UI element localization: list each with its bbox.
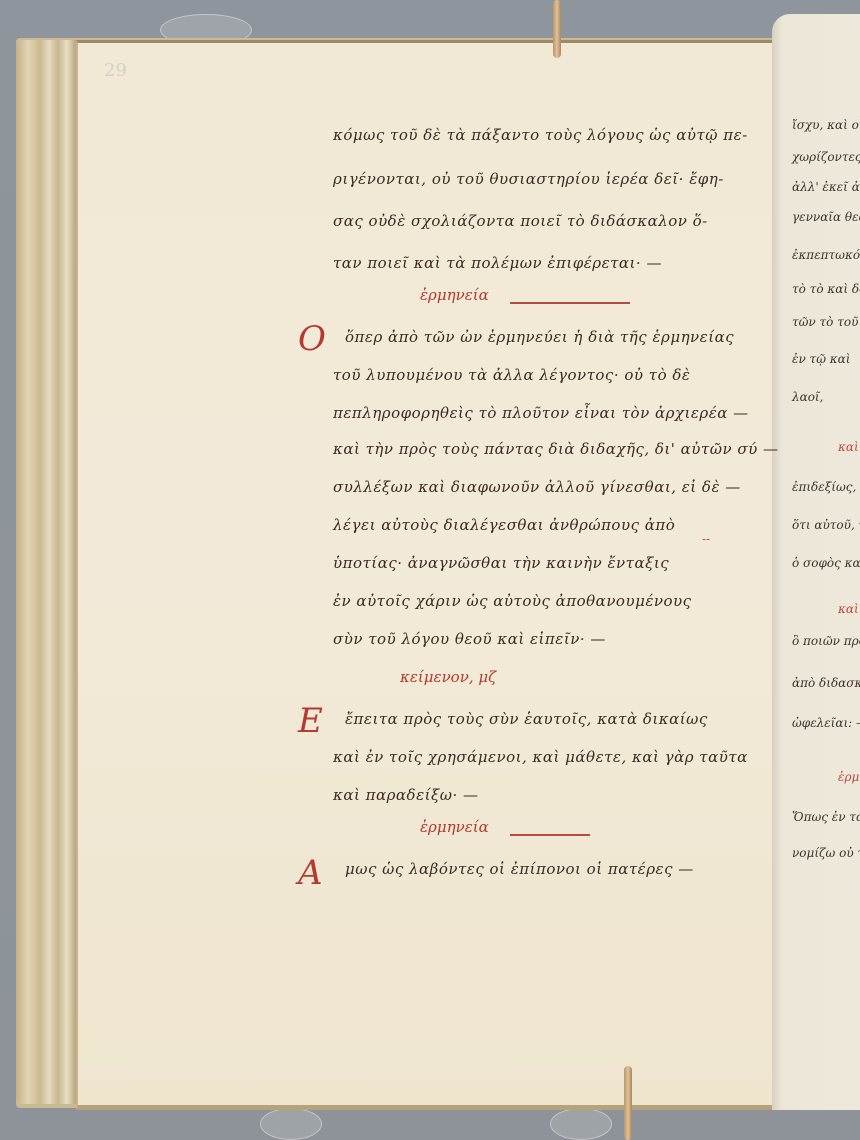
text-line: πεπληροφορηθεὶς τὸ πλοῦτον εἶναι τὸν ἀρχ… [333, 404, 749, 422]
decorated-initial: Ε [298, 704, 323, 738]
margin-marker: -- [702, 532, 710, 546]
right-page-line: ὅτι αὐτοῦ, τ [792, 518, 860, 532]
text-line: λέγει αὐτοὺς διαλέγεσθαι ἀνθρώπους ἀπὸ [333, 516, 675, 534]
text-line: ἐν αὐτοῖς χάριν ὡς αὐτοὺς ἀποθανουμένους [333, 592, 692, 610]
text-line: κόμως τοῦ δὲ τὰ πάξαντο τοὺς λόγους ὡς α… [333, 126, 748, 144]
right-page-line: ἑρμ [838, 770, 859, 784]
right-page-line: ἀπὸ διδασκαλ [792, 676, 860, 690]
section-rubric: ἑρμηνεία [420, 286, 489, 304]
folio-number: 29 [104, 60, 127, 81]
text-line: ταν ποιεῖ καὶ τὰ πολέμων ἐπιφέρεται· — [333, 254, 662, 272]
right-page-line: ἐκπεπτωκότας· [792, 248, 860, 262]
text-line: συλλέξων καὶ διαφωνοῦν ἀλλοῦ γίνεσθαι, ε… [333, 478, 741, 496]
text-line: καὶ τὴν πρὸς τοὺς πάντας διὰ διδαχῆς, δι… [333, 440, 778, 458]
decorated-initial: Ο [298, 322, 326, 356]
text-line: καὶ ἐν τοῖς χρησάμενοι, καὶ μάθετε, καὶ … [333, 748, 748, 766]
right-page-line: καὶ [838, 602, 859, 616]
text-line: σας οὐδὲ σχολιάζοντα ποιεῖ τὸ διδάσκαλον… [333, 212, 708, 230]
right-page-line: χωρίζοντες· κα [792, 150, 860, 164]
decorated-initial: Α [298, 856, 323, 890]
text-line: ἔπειτα πρὸς τοὺς σὺν ἑαυτοῖς, κατὰ δικαί… [345, 710, 708, 728]
right-page-line: γενναῖα θεῶν [792, 210, 860, 224]
page-clip [260, 1108, 322, 1140]
right-page-line: ὠφελεῖαι: — [792, 716, 860, 730]
right-page-line: ἐν τῷ καὶ [792, 352, 850, 366]
text-line: σὺν τοῦ λόγου θεοῦ καὶ εἰπεῖν· — [333, 630, 606, 648]
right-page-line: ὁ σοφὸς καὶ [792, 556, 860, 570]
section-rubric: κείμενον, μζ [400, 668, 496, 686]
right-page-line: ἴσχυ, καὶ οἴδα [792, 118, 860, 132]
right-page-line: Ὅπως ἐν ταῖς [792, 810, 860, 824]
text-line: μως ὡς λαβόντες οἱ ἐπίπονοι οἱ πατέρες — [345, 860, 694, 878]
page-holder-bottom [624, 1066, 632, 1140]
right-page-line: τῶν τὸ τοῦ [792, 315, 858, 329]
right-page-line: τὸ τὸ καὶ δαλ [792, 282, 860, 296]
manuscript-page-left [76, 40, 772, 1110]
right-page-line: λαοῖ, [792, 390, 823, 404]
right-page-line: ὃ ποιῶν πρὸς [792, 634, 860, 648]
right-page-line: ἀλλ' ἐκεῖ ἀσφαλ [792, 180, 860, 194]
right-page-line: ἐπιδεξίως, [792, 480, 856, 494]
rubric-rule [510, 834, 590, 836]
text-line: ὅπερ ἀπὸ τῶν ὠν ἑρμηνεύει ἡ διὰ τῆς ἑρμη… [345, 328, 734, 346]
book-fore-edge [16, 40, 76, 1104]
page-holder-top [553, 0, 561, 58]
right-page-line: νομίζω οὐ τοῦ [792, 846, 860, 860]
section-rubric: ἑρμηνεία [420, 818, 489, 836]
text-line: ὑποτίας· ἀναγνῶσθαι τὴν καινὴν ἔνταξις [333, 554, 669, 572]
text-line: ριγένονται, οὐ τοῦ θυσιαστηρίου ἱερέα δε… [333, 170, 724, 188]
right-page-line: καὶ [838, 440, 859, 454]
page-clip [550, 1108, 612, 1140]
rubric-rule [510, 302, 630, 304]
text-line: τοῦ λυπουμένου τὰ ἀλλα λέγοντος· οὐ τὸ δ… [333, 366, 690, 384]
text-line: καὶ παραδείξω· — [333, 786, 479, 804]
